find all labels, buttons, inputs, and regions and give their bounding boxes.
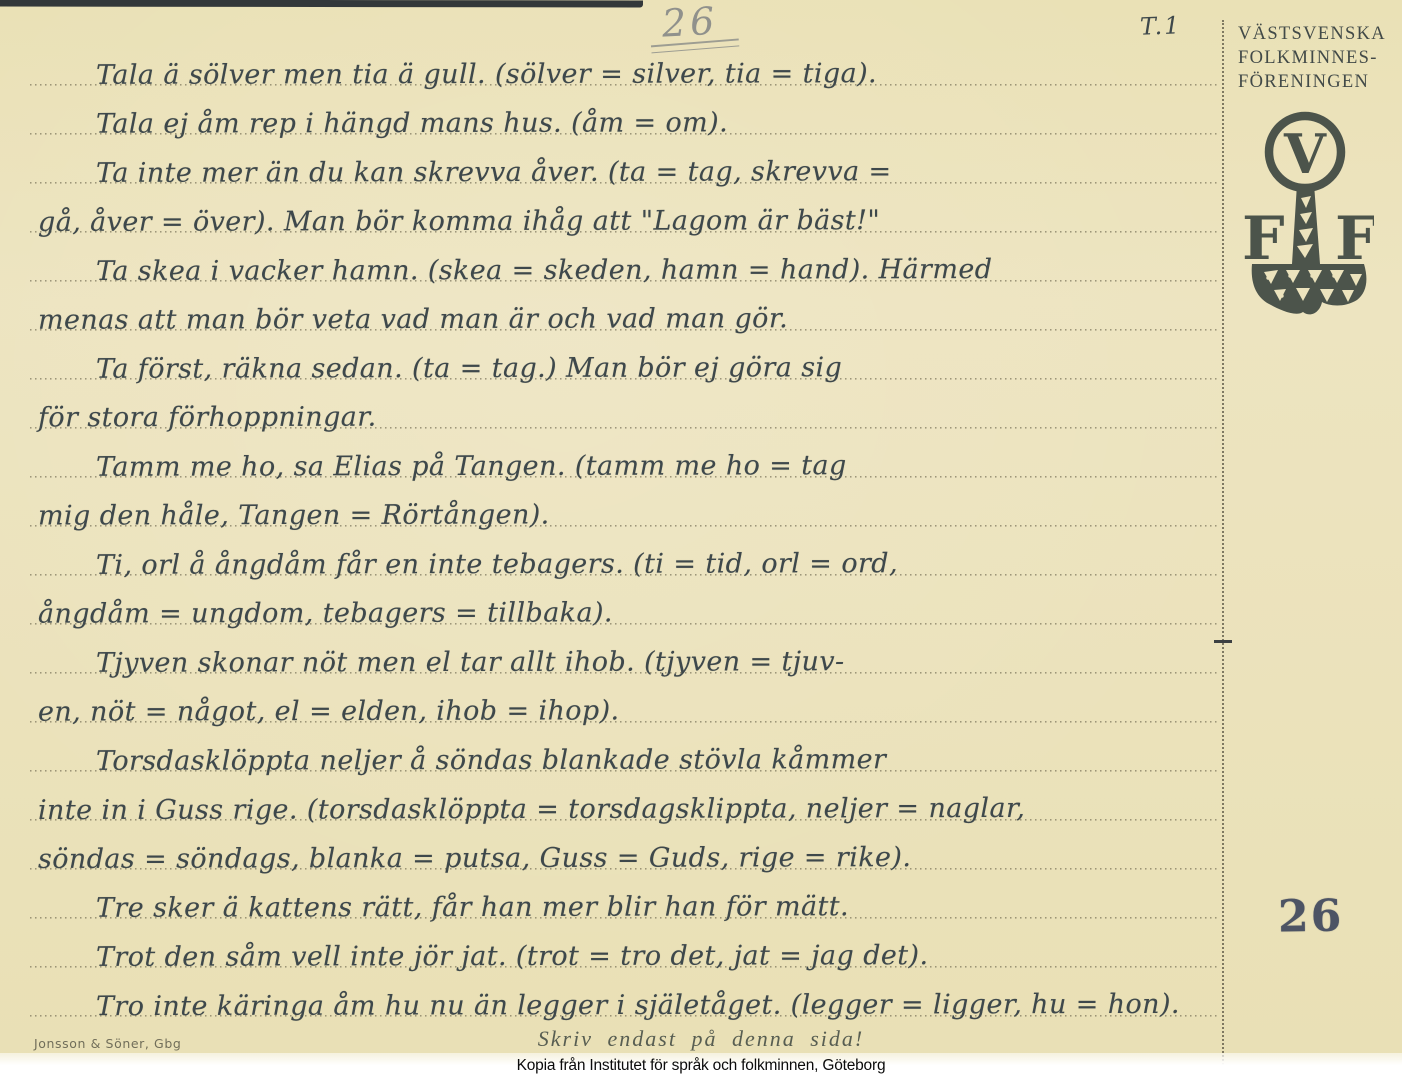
footer-instruction: Skriv endast på denna sida!: [0, 1026, 1402, 1052]
section-mark: T.1: [1140, 11, 1182, 40]
organization-name-line: FOLKMINNES-: [1238, 46, 1398, 70]
scanned-manuscript-page: 26 T.1 Tala ä sölver men tia ä gull. (sö…: [0, 0, 1402, 1080]
organization-name-line: FÖRENINGEN: [1238, 70, 1398, 94]
handwritten-line: söndas = söndags, blanka = putsa, Guss =…: [38, 844, 911, 873]
handwritten-line: menas att man bör veta vad man är och va…: [38, 305, 788, 334]
handwritten-line: Tala ej åm rep i hängd mans hus. (åm = o…: [96, 109, 728, 137]
separator-tick-mark: [1214, 640, 1232, 643]
handwritten-line: Ta inte mer än du kan skrevva åver. (ta …: [96, 158, 892, 187]
handwritten-line: Tala ä sölver men tia ä gull. (sölver = …: [96, 60, 877, 89]
scan-edge-artifact: [0, 0, 643, 7]
handwritten-line: Torsdasklöppta neljer å söndas blankade …: [96, 746, 886, 775]
handwritten-line: Tjyven skonar nöt men el tar allt ihob. …: [96, 648, 845, 677]
pencil-page-number: 26: [659, 0, 726, 52]
handwritten-line: mig den håle, Tangen = Rörtången).: [38, 501, 550, 529]
logo-letter-f-right: F: [1335, 204, 1374, 274]
handwritten-line: Trot den såm vell inte jör jat. (trot = …: [96, 942, 928, 971]
handwritten-line: gå, åver = över). Man bör komma ihåg att…: [38, 207, 880, 236]
handwritten-line: för stora förhoppningar.: [38, 404, 377, 432]
handwritten-line: Ti, orl å ångdåm får en inte tebagers. (…: [96, 550, 898, 579]
handwritten-line: inte in i Guss rige. (torsdasklöppta = t…: [38, 795, 1025, 824]
organization-name-line: VÄSTSVENSKA: [1238, 22, 1398, 46]
handwritten-line: Ta skea i vacker hamn. (skea = skeden, h…: [96, 256, 992, 285]
handwritten-line: Tre sker ä kattens rätt, får han mer bli…: [96, 893, 849, 922]
handwritten-line: Tamm me ho, sa Elias på Tangen. (tamm me…: [96, 452, 847, 481]
handwritten-line: en, nöt = något, el = elden, ihob = ihop…: [38, 697, 620, 725]
archive-caption-bar: Kopia från Institutet för språk och folk…: [0, 1053, 1402, 1080]
thors-hammer-logo: V F F: [1242, 106, 1374, 324]
archive-stamp-number: 26: [1278, 891, 1344, 943]
logo-letter-f-left: F: [1242, 204, 1285, 274]
handwritten-line: ångdåm = ungdom, tebagers = tillbaka).: [38, 599, 613, 627]
organization-name: VÄSTSVENSKA FOLKMINNES- FÖRENINGEN: [1238, 22, 1398, 94]
logo-letter-v: V: [1283, 122, 1327, 186]
column-separator-line: [1222, 20, 1224, 1072]
archive-caption: Kopia från Institutet för språk och folk…: [517, 1057, 886, 1075]
handwritten-line: Ta först, räkna sedan. (ta = tag.) Man b…: [96, 354, 842, 383]
handwritten-line: Tro inte käringa åm hu nu än legger i sj…: [96, 991, 1180, 1020]
